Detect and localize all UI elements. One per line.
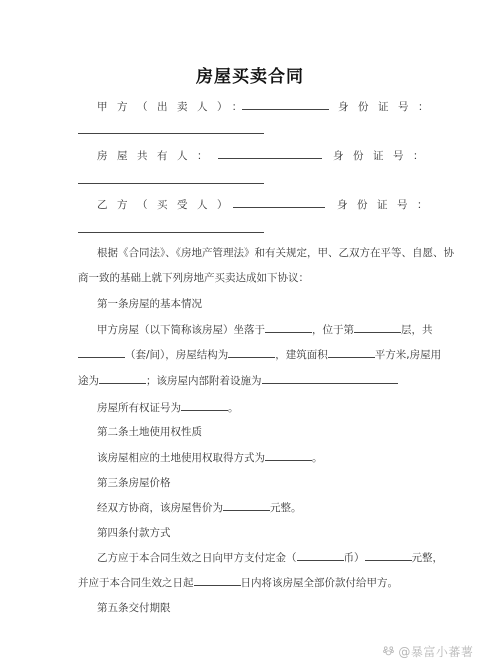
contract-page: 房屋买卖合同 甲方（出卖人）： 身份证号： 房屋共有人： 身份证号： 乙方（买受…	[0, 0, 500, 667]
location-blank	[265, 322, 312, 333]
structure-blank	[228, 347, 275, 358]
text: 该房屋相应的土地使用权取得方式为	[97, 452, 265, 464]
watermark-text: @暴富小蕃薯	[398, 645, 473, 659]
text: 平方米,房屋用	[375, 349, 441, 361]
area-blank	[328, 347, 375, 358]
text: 元整。	[270, 502, 302, 514]
price-blank	[223, 500, 270, 511]
days-blank	[194, 575, 241, 586]
text: （套/间），房屋结构为	[125, 349, 228, 361]
text: 日内将该房屋全部价款付给甲方。	[241, 577, 399, 589]
party-a-label: 甲方（出卖人）：	[97, 99, 252, 114]
party-b-label: 乙方（买受人）	[97, 197, 237, 212]
cert-number-blank	[181, 400, 228, 411]
article-4-line-2: 并应于本合同生效之日起日内将该房屋全部价款付给甲方。	[78, 575, 398, 590]
text: ，位于第	[312, 324, 354, 336]
article-1-line-2: （套/间），房屋结构为，建筑面积平方米,房屋用	[78, 347, 441, 362]
ownership-cert-line: 房屋所有权证号为。	[97, 400, 239, 415]
article-5-heading: 第五条交付期限	[97, 600, 171, 615]
text: 层，共	[401, 324, 433, 336]
co-owner-id-label: 身份证号：	[333, 148, 433, 163]
facilities-blank	[262, 373, 398, 384]
party-b-name-blank	[233, 207, 325, 208]
text: 币）	[344, 552, 365, 564]
co-owner-id-blank	[78, 183, 264, 184]
article-2-text: 该房屋相应的土地使用权取得方式为。	[97, 450, 323, 465]
text: ；该房屋内部附着设施为	[146, 375, 262, 387]
currency-blank	[297, 550, 344, 561]
article-1-line-3: 途为；该房屋内部附着设施为	[78, 373, 398, 388]
land-use-blank	[265, 450, 312, 461]
party-b-id-blank	[78, 232, 264, 233]
co-owner-name-blank	[218, 158, 322, 159]
text: 房屋所有权证号为	[97, 402, 181, 414]
article-2-heading: 第二条土地使用权性质	[97, 424, 202, 439]
watermark: @暴富小蕃薯	[382, 643, 473, 660]
paw-icon	[382, 645, 394, 659]
document-title: 房屋买卖合同	[0, 62, 500, 87]
party-a-name-blank	[242, 109, 329, 110]
deposit-blank	[365, 550, 412, 561]
preamble-line-2: 商一致的基础上就下列房地产买卖达成如下协议：	[78, 270, 309, 285]
party-b-id-label: 身份证号：	[337, 197, 437, 212]
text: 元整，	[412, 552, 444, 564]
article-1-line-1: 甲方房屋（以下简称该房屋）坐落于，位于第层，共	[97, 322, 433, 337]
text: 途为	[78, 375, 99, 387]
article-1-heading: 第一条房屋的基本情况	[97, 296, 202, 311]
article-4-line-1: 乙方应于本合同生效之日向甲方支付定金（币）元整，	[97, 550, 443, 565]
preamble-line-1: 根据《合同法》、《房地产管理法》和有关规定，甲、乙双方在平等、自愿、协	[97, 245, 454, 260]
text: 甲方房屋（以下简称该房屋）坐落于	[97, 324, 265, 336]
text: ，建筑面积	[275, 349, 328, 361]
article-4-heading: 第四条付款方式	[97, 525, 171, 540]
article-3-text: 经双方协商，该房屋售价为元整。	[97, 500, 302, 515]
text: 。	[312, 452, 323, 464]
text: 经双方协商，该房屋售价为	[97, 502, 223, 514]
text: 乙方应于本合同生效之日向甲方支付定金（	[97, 552, 297, 564]
usage-blank	[99, 373, 146, 384]
text: 。	[228, 402, 239, 414]
floor-blank	[354, 322, 401, 333]
co-owner-label: 房屋共有人：	[97, 148, 217, 163]
party-a-id-label: 身份证号：	[338, 99, 438, 114]
party-a-id-blank	[78, 133, 264, 134]
units-blank	[78, 347, 125, 358]
article-3-heading: 第三条房屋价格	[97, 475, 171, 490]
text: 并应于本合同生效之日起	[78, 577, 194, 589]
